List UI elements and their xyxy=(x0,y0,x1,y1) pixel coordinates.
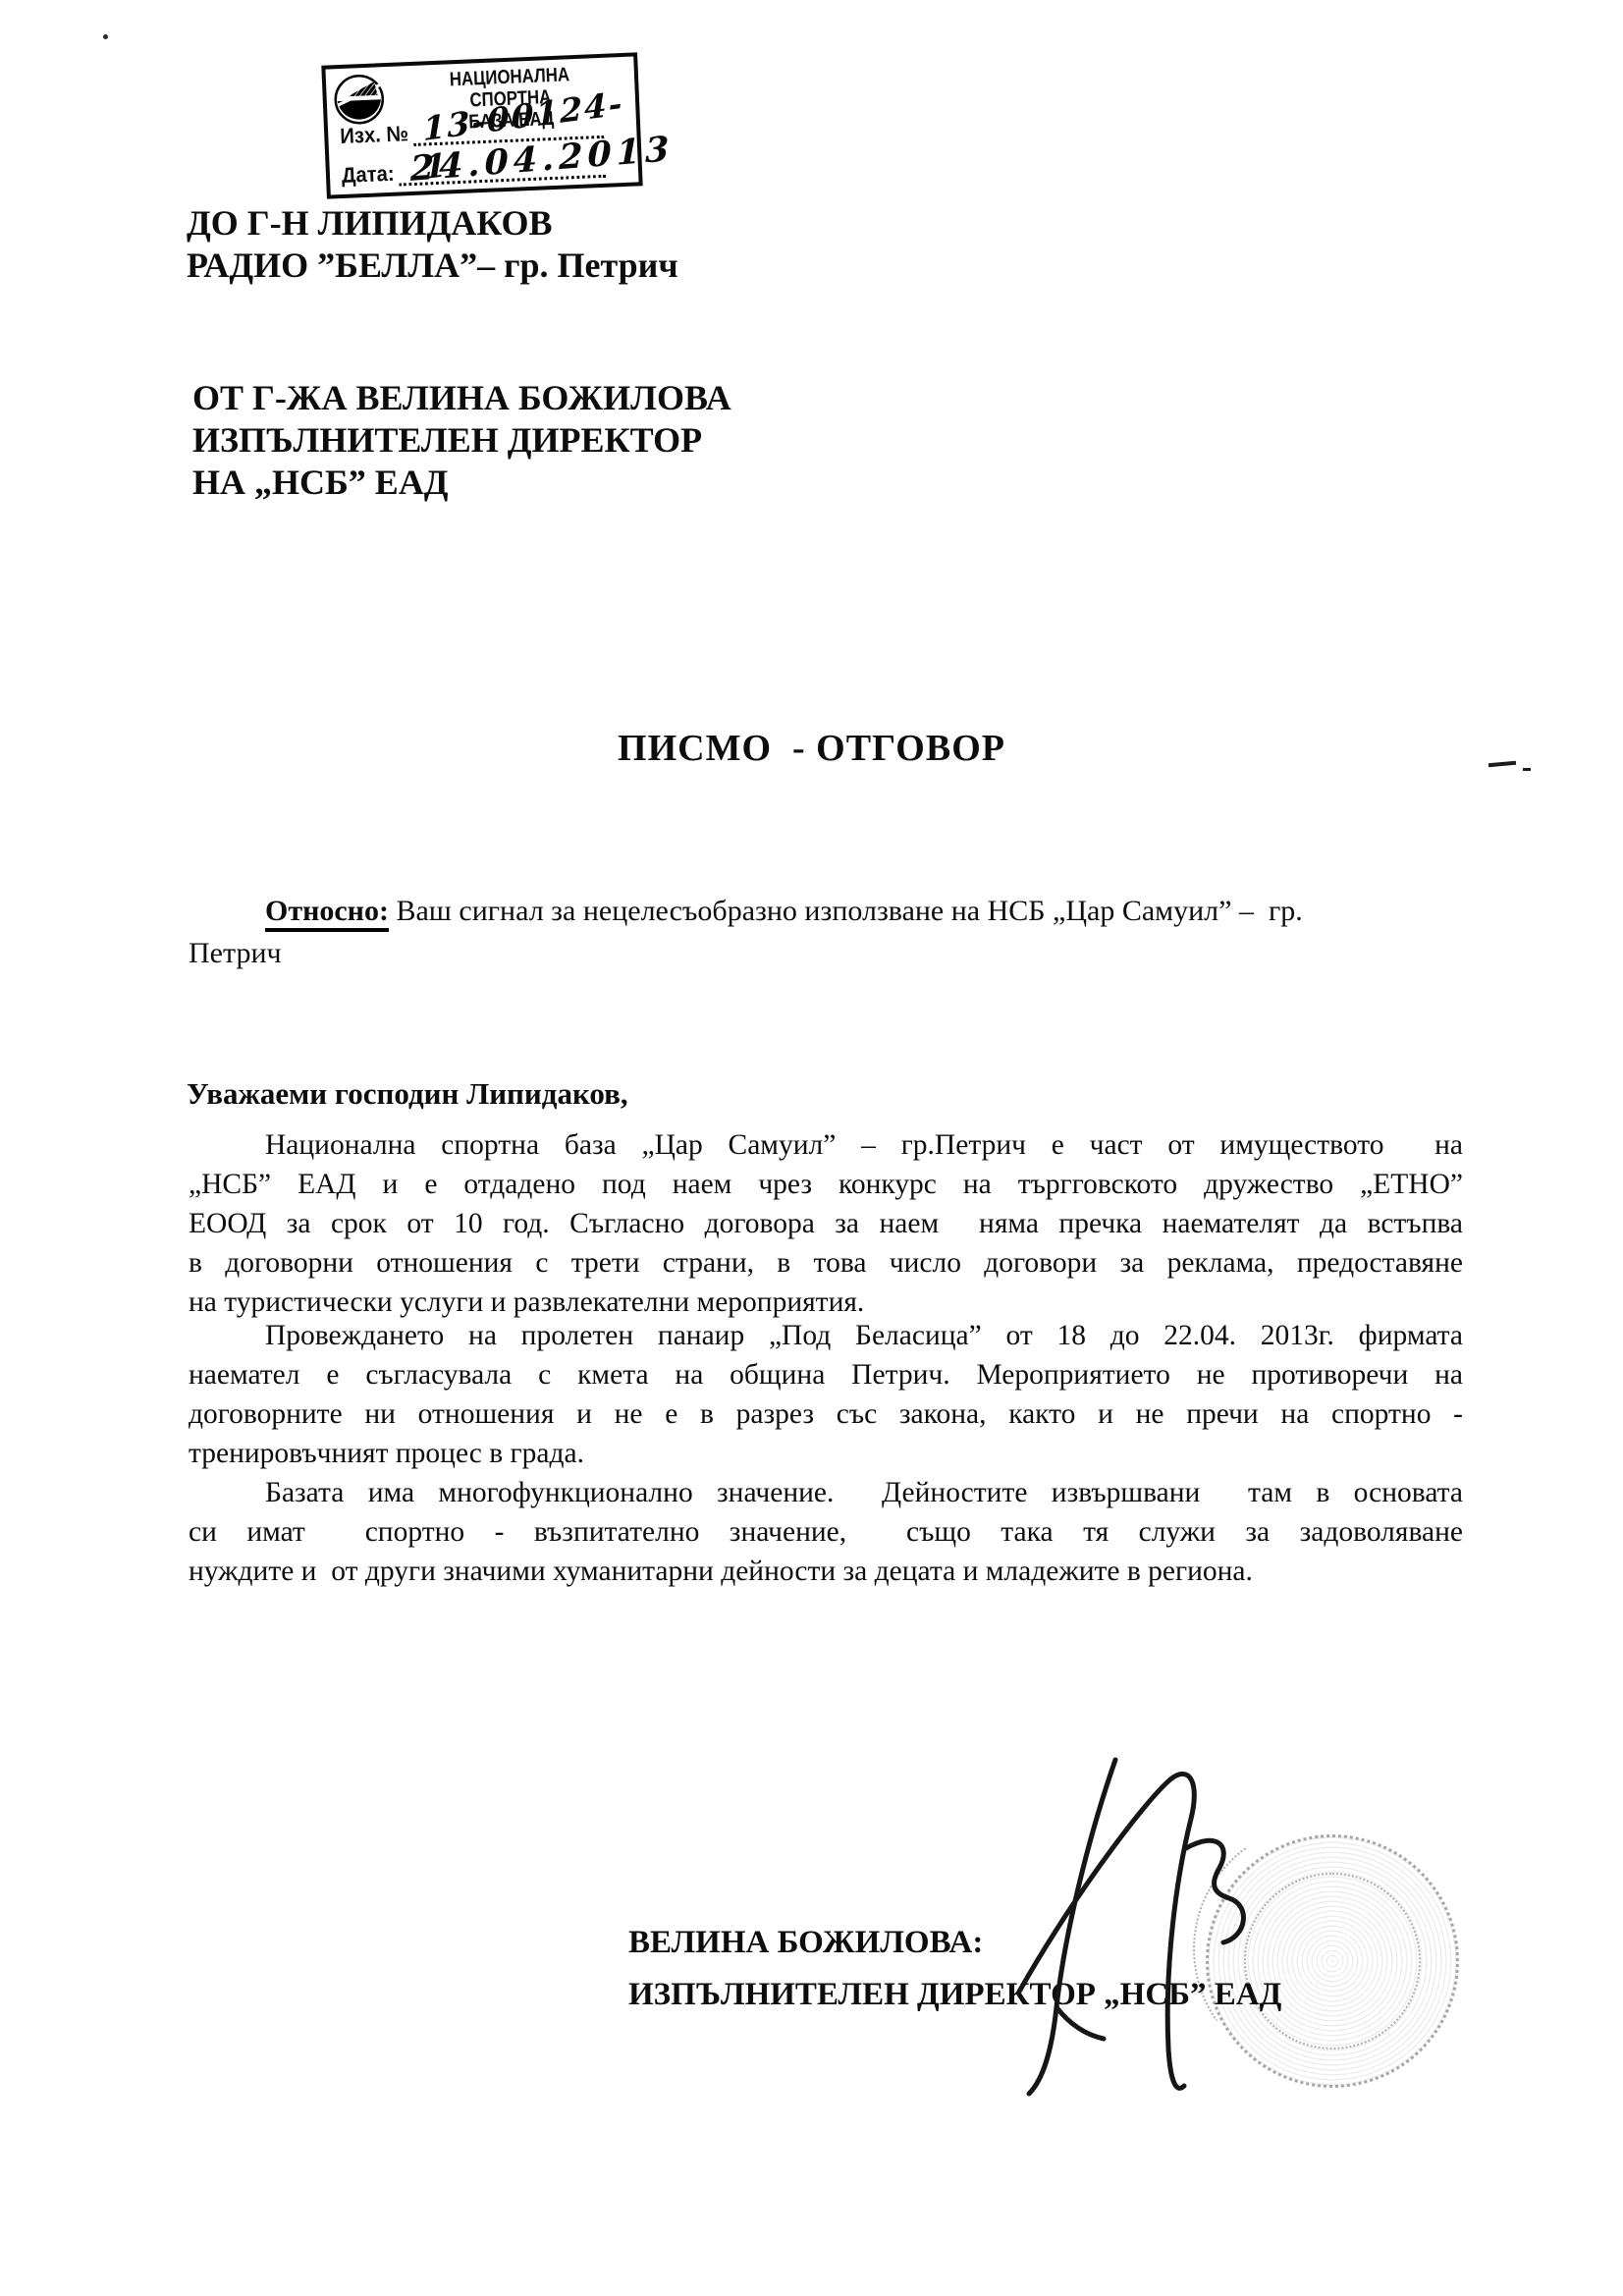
sender-line: ОТ Г-ЖА ВЕЛИНА БОЖИЛОВА xyxy=(192,377,731,419)
subject-label: Относно: xyxy=(265,895,389,932)
recipient-line: ДО Г-Н ЛИПИДАКОВ xyxy=(187,202,678,245)
org-logo-icon xyxy=(332,72,387,127)
recipient-line: РАДИО ”БЕЛЛА”– гр. Петрич xyxy=(187,245,678,287)
sender-line: НА „НСБ” ЕАД xyxy=(192,462,731,504)
body-line: Базата има многофункционално значение. Д… xyxy=(189,1473,1463,1512)
subject-block: Относно: Ваш сигнал за нецелесъобразно и… xyxy=(189,890,1465,974)
body-line: Национална спортна база „Цар Самуил” – г… xyxy=(189,1125,1463,1165)
outgoing-stamp: НАЦИОНАЛНА СПОРТНА БАЗА ЕАД Изх. № Дата:… xyxy=(321,52,642,198)
body-line: тренировъчният процес в града. xyxy=(189,1434,1463,1473)
handwritten-signature xyxy=(968,1744,1272,2117)
body-paragraph-3: Базата има многофункционално значение. Д… xyxy=(189,1473,1463,1591)
body-line: договорните ни отношения и не е в разрез… xyxy=(189,1394,1463,1434)
body-paragraph-2: Провеждането на пролетен панаир „Под Бел… xyxy=(189,1316,1463,1473)
sender-line: ИЗПЪЛНИТЕЛЕН ДИРЕКТОР xyxy=(192,419,731,462)
subject-text-line2: Петрич xyxy=(189,932,1465,974)
date-label: Дата: xyxy=(341,161,395,189)
recipient-block: ДО Г-Н ЛИПИДАКОВ РАДИО ”БЕЛЛА”– гр. Петр… xyxy=(187,202,678,287)
body-line: Провеждането на пролетен панаир „Под Бел… xyxy=(189,1316,1463,1355)
body-line: „НСБ” ЕАД и е отдадено под наем чрез кон… xyxy=(189,1165,1463,1204)
scanned-letter-page: НАЦИОНАЛНА СПОРТНА БАЗА ЕАД Изх. № Дата:… xyxy=(0,0,1623,2296)
subject-text: Ваш сигнал за нецелесъобразно използване… xyxy=(389,895,1303,927)
body-line: ЕООД за срок от 10 год. Съгласно договор… xyxy=(189,1204,1463,1243)
body-line: си имат спортно - възпитателно значение,… xyxy=(189,1512,1463,1552)
sender-block: ОТ Г-ЖА ВЕЛИНА БОЖИЛОВА ИЗПЪЛНИТЕЛЕН ДИР… xyxy=(192,377,731,504)
letter-title: ПИСМО - ОТГОВОР xyxy=(0,727,1623,770)
body-line: нуждите и от други значими хуманитарни д… xyxy=(189,1552,1463,1591)
body-line: в договорни отношения с трети страни, в … xyxy=(189,1243,1463,1283)
scan-artifact-dot xyxy=(1523,768,1531,771)
ref-number-label: Изх. № xyxy=(340,121,409,149)
salutation: Уважаеми господин Липидаков, xyxy=(187,1076,628,1112)
scan-artifact-dot xyxy=(103,34,108,39)
body-paragraph-1: Национална спортна база „Цар Самуил” – г… xyxy=(189,1125,1463,1322)
body-line: наемател е съгласувала с кмета на община… xyxy=(189,1355,1463,1394)
